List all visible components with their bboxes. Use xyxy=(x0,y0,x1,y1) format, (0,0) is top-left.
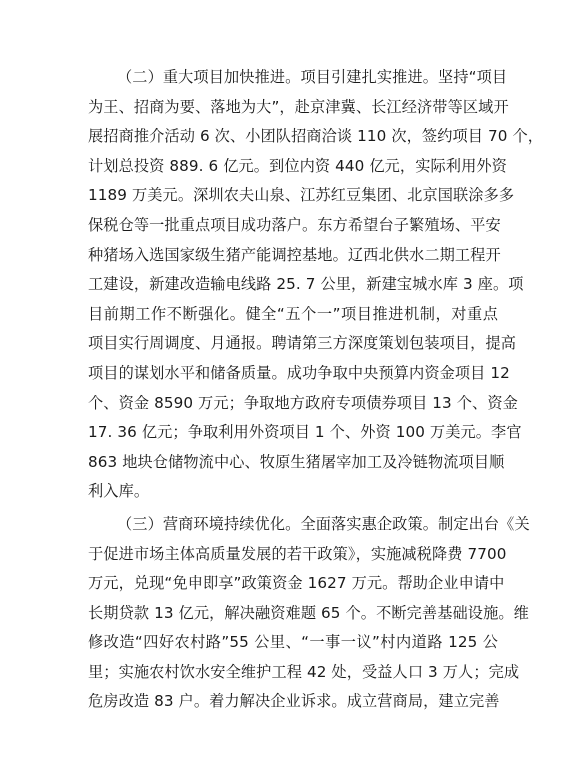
text-line: （二）重大项目加快推进。项目引建扎实推进。坚持“项目 xyxy=(88,63,498,93)
text-line: 万元，兑现“免申即享”政策资金 1627 万元。帮助企业申请中 xyxy=(88,569,498,599)
text-line: 利入库。 xyxy=(88,477,498,507)
text-line: 项目的谋划水平和储备质量。成功争取中央预算内资金项目 12 xyxy=(88,359,498,389)
paragraph-business-environment: （三）营商环境持续优化。全面落实惠企政策。制定出台《关 于促进市场主体高质量发展… xyxy=(88,510,498,717)
text-line: 展招商推介活动 6 次、小团队招商洽谈 110 次，签约项目 70 个， xyxy=(88,122,498,152)
text-line: 于促进市场主体高质量发展的若干政策》，实施减税降费 7700 xyxy=(88,540,498,570)
text-line: 1189 万美元。深圳农夫山泉、江苏红豆集团、北京国联涂多多 xyxy=(88,181,498,211)
text-line: 个、资金 8590 万元；争取地方政府专项债券项目 13 个、资金 xyxy=(88,389,498,419)
text-line: 危房改造 83 户。着力解决企业诉求。成立营商局，建立完善 xyxy=(88,687,498,717)
document-page: （二）重大项目加快推进。项目引建扎实推进。坚持“项目 为王、招商为要、落地为大”… xyxy=(88,63,498,720)
text-line: （三）营商环境持续优化。全面落实惠企政策。制定出台《关 xyxy=(88,510,498,540)
text-line: 修改造“四好农村路”55 公里、“一事一议”村内道路 125 公 xyxy=(88,628,498,658)
paragraph-major-projects: （二）重大项目加快推进。项目引建扎实推进。坚持“项目 为王、招商为要、落地为大”… xyxy=(88,63,498,507)
text-line: 里；实施农村饮水安全维护工程 42 处，受益人口 3 万人；完成 xyxy=(88,658,498,688)
text-line: 为王、招商为要、落地为大”，赴京津冀、长江经济带等区域开 xyxy=(88,93,498,123)
text-line: 17. 36 亿元；争取利用外资项目 1 个、外资 100 万美元。李官 xyxy=(88,418,498,448)
text-line: 项目实行周调度、月通报。聘请第三方深度策划包装项目，提高 xyxy=(88,329,498,359)
text-line: 863 地块仓储物流中心、牧原生猪屠宰加工及冷链物流项目顺 xyxy=(88,448,498,478)
text-line: 保税仓等一批重点项目成功落户。东方希望台子繁殖场、平安 xyxy=(88,211,498,241)
text-line: 目前期工作不断强化。健全“五个一”项目推进机制，对重点 xyxy=(88,300,498,330)
text-line: 工建设，新建改造输电线路 25. 7 公里，新建宝城水库 3 座。项 xyxy=(88,270,498,300)
text-line: 种猪场入选国家级生猪产能调控基地。辽西北供水二期工程开 xyxy=(88,241,498,271)
text-line: 长期贷款 13 亿元，解决融资难题 65 个。不断完善基础设施。维 xyxy=(88,599,498,629)
text-line: 计划总投资 889. 6 亿元。到位内资 440 亿元，实际利用外资 xyxy=(88,152,498,182)
